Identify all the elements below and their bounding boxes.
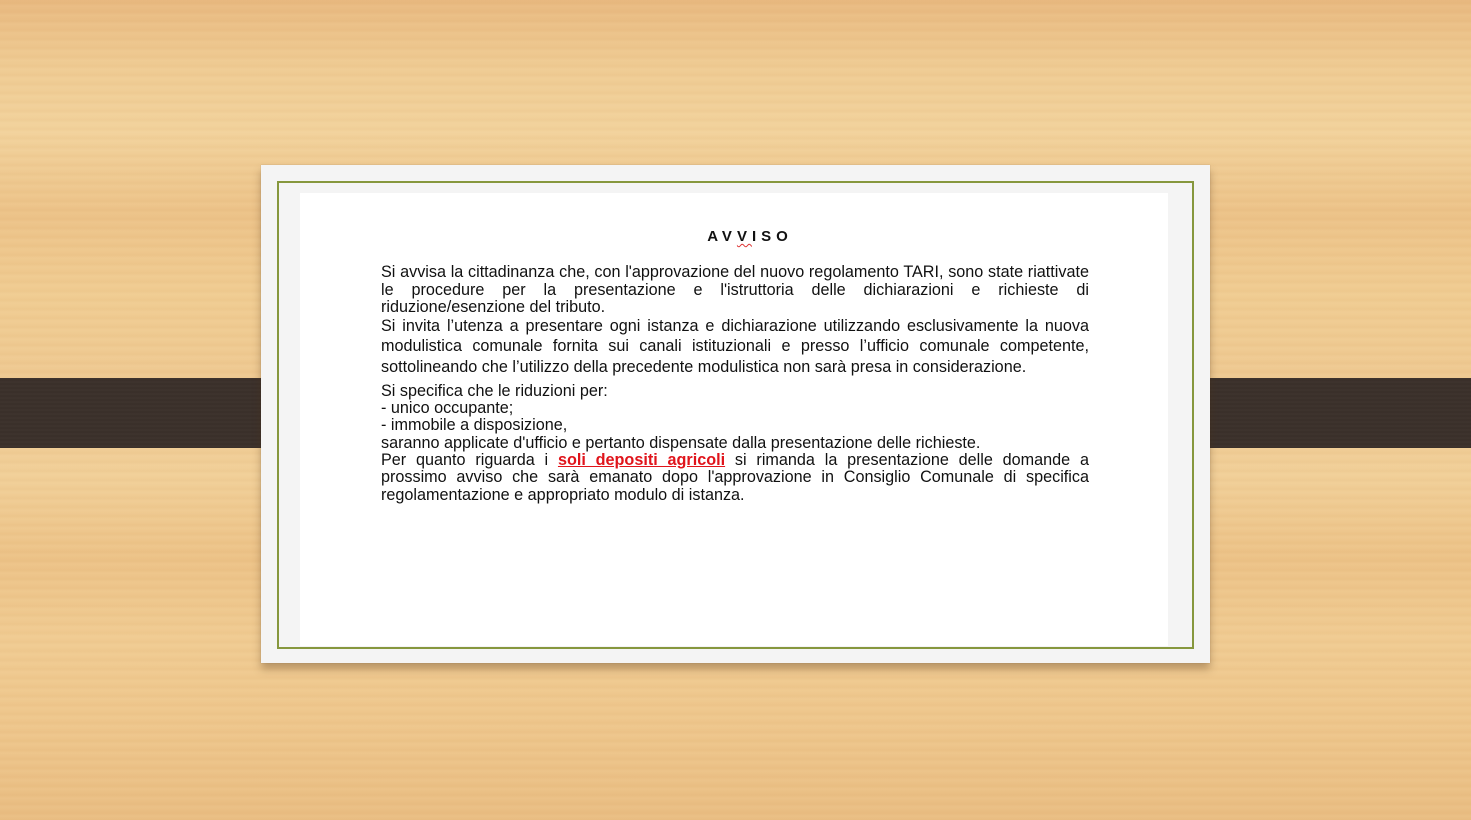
- strap-band-right: [1178, 378, 1471, 448]
- notice-document: AVVISO Si avvisa la cittadinanza che, co…: [381, 228, 1089, 504]
- title-part-1: AV: [707, 228, 737, 245]
- reduction-item-property-available: - immobile a disposizione,: [381, 417, 1089, 434]
- paragraph-tari-reactivation: Si avvisa la cittadinanza che, con l'app…: [381, 264, 1089, 316]
- reduction-item-single-occupant: - unico occupante;: [381, 400, 1089, 417]
- strap-band-left: [0, 378, 293, 448]
- paragraph-reductions-intro: Si specifica che le riduzioni per:: [381, 383, 1089, 400]
- paragraph-agricultural-deposits: Per quanto riguarda i soli depositi agri…: [381, 452, 1089, 504]
- paragraph-reductions-outro: saranno applicate d'ufficio e pertanto d…: [381, 435, 1089, 452]
- agri-text-before: Per quanto riguarda i: [381, 451, 558, 469]
- paragraph-new-forms: Si invita l’utenza a presentare ogni ist…: [381, 316, 1089, 377]
- title-part-3: ISO: [752, 228, 793, 245]
- title-part-2-spellcheck: V: [737, 228, 752, 245]
- agri-highlight: soli depositi agricoli: [558, 451, 725, 469]
- notice-title: AVVISO: [381, 228, 1089, 245]
